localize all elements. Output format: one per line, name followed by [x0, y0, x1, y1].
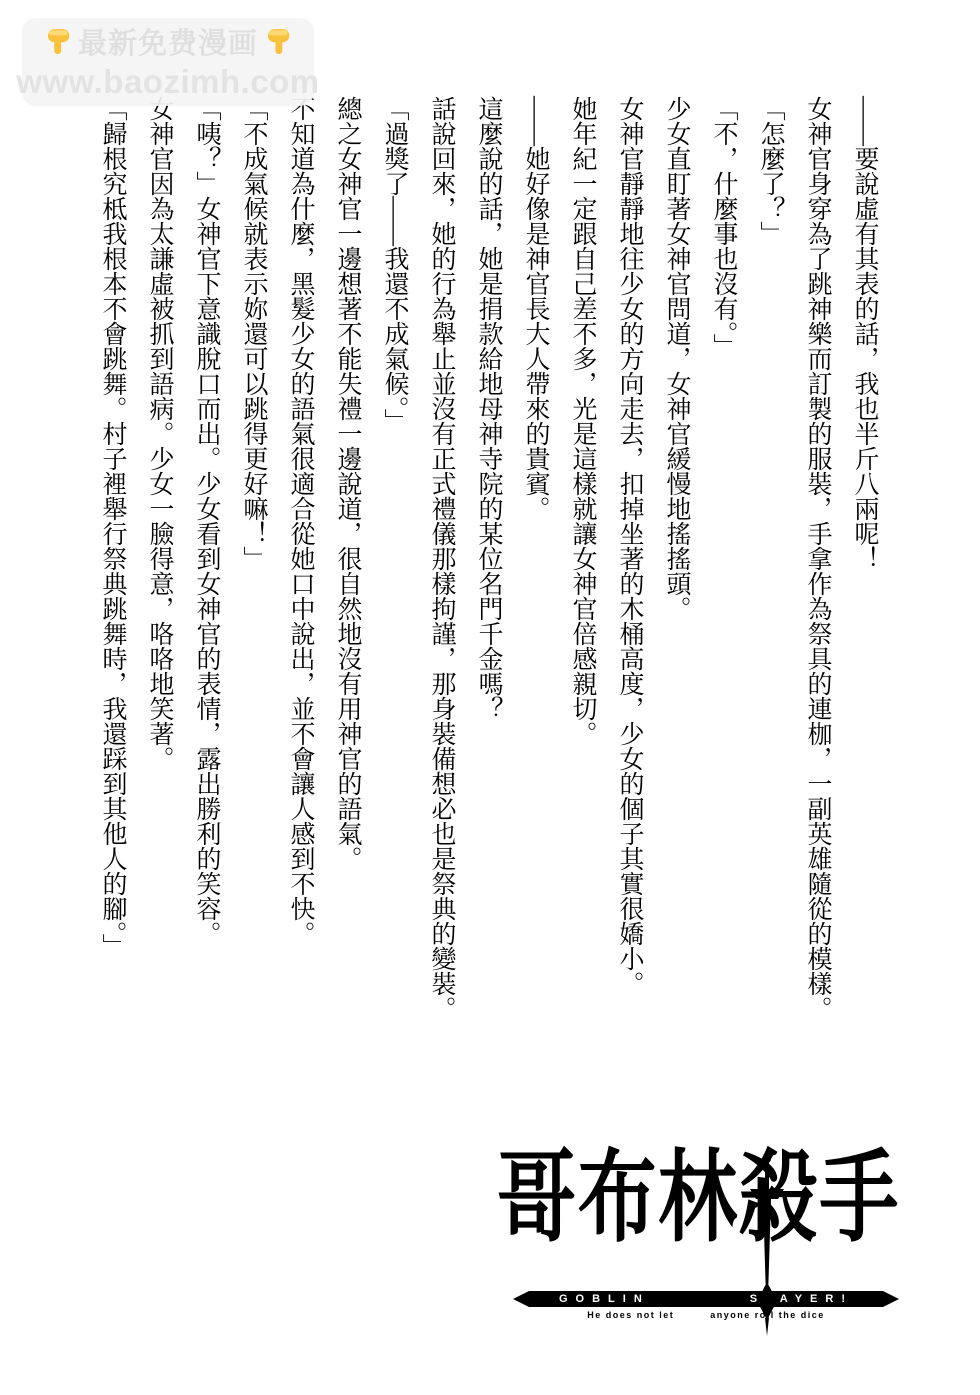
- novel-text: ——要說虛有其表的話，我也半斤八兩呢！ 女神官身穿為了跳神樂而訂製的服裝，手拿作…: [89, 96, 888, 1101]
- pointing-down-icon: [43, 26, 73, 62]
- paragraph: ——她好像是神官長大人帶來的貴賓。: [512, 96, 559, 1101]
- paragraph: 「咦？」女神官下意識脫口而出。少女看到女神官的表情，露出勝利的笑容。: [183, 96, 230, 1101]
- logo-banner: GOBLIN SLAYER!: [513, 1291, 899, 1307]
- watermark-url: www.baozimh.com: [16, 65, 319, 98]
- watermark-title: 最新免费漫画: [78, 30, 258, 59]
- paragraph: 女神官因為太謙虛被抓到語病。少女一臉得意，咯咯地笑著。: [136, 96, 183, 1101]
- paragraph: 「不成氣候就表示妳還可以跳得更好嘛！」: [230, 96, 277, 1101]
- logo-tagline: He does not let anyone roll the dice: [513, 1310, 899, 1320]
- paragraph: ——要說虛有其表的話，我也半斤八兩呢！: [841, 96, 888, 1101]
- paragraph: 這麼說的話，她是捐款給地母神寺院的某位名門千金嗎？: [465, 96, 512, 1101]
- paragraph: 她年紀一定跟自己差不多，光是這樣就讓女神官倍感親切。: [559, 96, 606, 1101]
- tagline-left: He does not let: [587, 1310, 674, 1320]
- goblin-slayer-logo: 哥布林殺手 GOBLIN SLAYER! He does not let any…: [495, 1148, 915, 1343]
- paragraph: 「怎麼了？」: [747, 96, 794, 1101]
- paragraph: 不知道為什麼，黑髮少女的語氣很適合從她口中說出，並不會讓人感到不快。: [277, 96, 324, 1101]
- sword-icon: [745, 1150, 789, 1343]
- watermark-title-row: 最新免费漫画: [43, 26, 293, 62]
- paragraph: 女神官身穿為了跳神樂而訂製的服裝，手拿作為祭具的連枷，一副英雄隨從的模樣。: [794, 96, 841, 1101]
- paragraph: 話說回來，她的行為舉止並沒有正式禮儀那樣拘謹，那身裝備想必也是祭典的變裝。: [418, 96, 465, 1101]
- paragraph: 總之女神官一邊想著不能失禮一邊說道，很自然地沒有用神官的語氣。: [324, 96, 371, 1101]
- pointing-down-icon: [263, 26, 293, 62]
- novel-page: { "watermark": { "title": "最新免费漫画", "url…: [0, 0, 980, 1395]
- logo-kanji-title: 哥布林殺手: [497, 1134, 900, 1264]
- paragraph: 「不，什麼事也沒有。」: [700, 96, 747, 1101]
- watermark-badge: 最新免费漫画 www.baozimh.com: [22, 18, 314, 106]
- paragraph: 女神官靜靜地往少女的方向走去，扣掉坐著的木桶高度，少女的個子其實很嬌小。: [606, 96, 653, 1101]
- paragraph: 少女直盯著女神官問道，女神官緩慢地搖搖頭。: [653, 96, 700, 1101]
- paragraph: 「過獎了——我還不成氣候。」: [371, 96, 418, 1101]
- paragraph: 「歸根究柢我根本不會跳舞。村子裡舉行祭典跳舞時，我還踩到其他人的腳。」: [89, 96, 136, 1101]
- banner-goblin-label: GOBLIN: [559, 1293, 650, 1305]
